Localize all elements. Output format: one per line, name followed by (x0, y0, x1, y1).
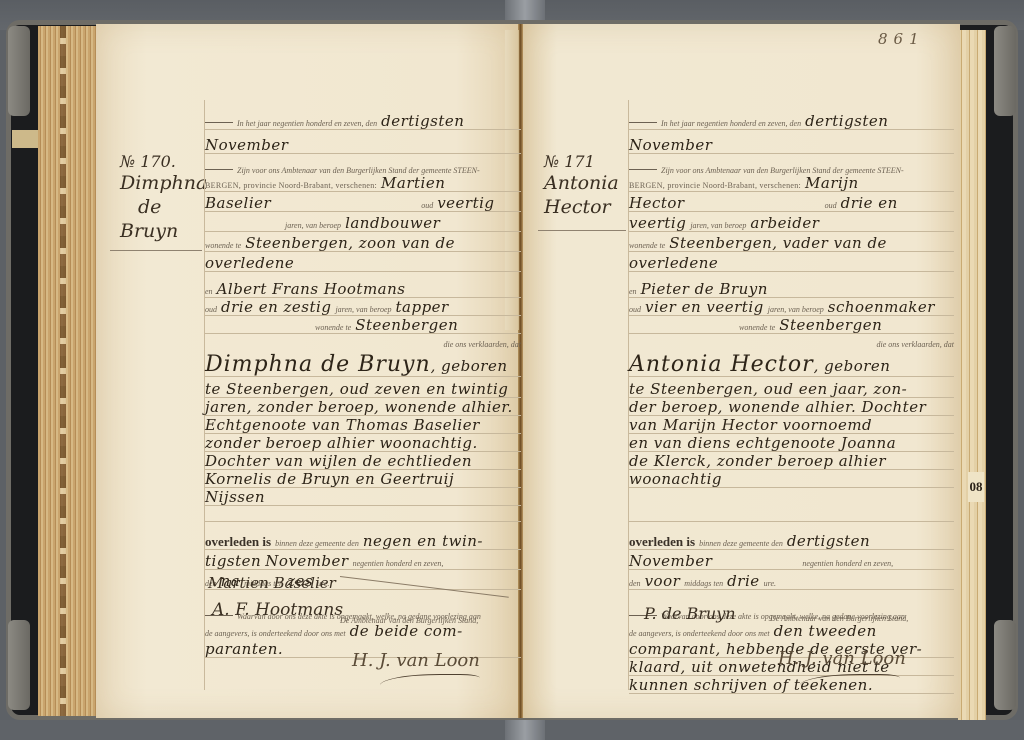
form-line: kunnen schrijven of teekenen. (629, 676, 954, 694)
handwritten-entry: den tweeden (774, 622, 877, 640)
handwritten-entry: paranten. (205, 640, 283, 658)
handwritten-entry: , geboren (431, 357, 508, 375)
handwritten-entry: schoenmaker (828, 298, 935, 316)
form-line: te Steenbergen, oud zeven en twintig (205, 380, 521, 398)
form-line: BERGEN, provincie Noord-Brabant, versche… (629, 174, 954, 192)
handwritten-entry: woonachtig (629, 470, 722, 488)
metal-corner-top-left (8, 26, 30, 116)
form-line: te Steenbergen, oud een jaar, zon- (629, 380, 954, 398)
handwritten-entry: , geboren (814, 357, 891, 375)
signature-declarant-2: A. F. Hootmans (212, 600, 343, 620)
handwritten-entry: te Steenbergen, oud een jaar, zon- (629, 380, 907, 398)
handwritten-entry: Steenbergen (779, 316, 882, 334)
handwritten-entry: November (265, 552, 348, 570)
form-line (205, 504, 521, 522)
margin-text: № (120, 152, 135, 171)
printed-label: middags ten (684, 579, 723, 588)
handwritten-entry: landbouwer (345, 214, 440, 232)
printed-label: wonende te (739, 323, 775, 332)
printed-label: BERGEN, provincie Noord-Brabant, versche… (205, 181, 377, 190)
page-number-text: 86 (878, 30, 909, 48)
printed-label: ure. (764, 579, 776, 588)
printed-label: oud (629, 305, 641, 314)
clerk-signature: H. J. van Loon (778, 648, 906, 669)
right-margin-rule (538, 230, 626, 231)
clerk-title: De Ambtenaar van den Burgerlijken Stand, (340, 616, 478, 625)
margin-text: Bruyn (120, 219, 200, 243)
handwritten-entry: Dochter van wijlen de echtlieden (205, 452, 472, 470)
handwritten-entry: tapper (396, 298, 449, 316)
handwritten-entry: veertig (437, 194, 494, 212)
form-line: wonende te Steenbergen (629, 316, 954, 334)
handwritten-entry: negen en twin- (363, 532, 483, 550)
handwritten-entry: November (629, 136, 712, 154)
printed-label: wonende te (315, 323, 351, 332)
form-line: November (629, 136, 954, 154)
clerk-signature: H. J. van Loon (352, 650, 480, 671)
printed-label: wonende te (629, 241, 665, 250)
printed-label: binnen deze gemeente den (275, 539, 359, 548)
form-line: oud vier en veertig jaren, van beroep sc… (629, 298, 954, 316)
handwritten-entry: Antonia Hector (629, 352, 814, 377)
clerk-title: De Ambtenaar van den Burgerlijken Stand, (770, 614, 908, 623)
handwritten-entry: overledene (629, 254, 718, 272)
handwritten-entry: dertigsten (381, 112, 464, 130)
form-line: Antonia Hector, geboren (629, 352, 954, 377)
handwritten-entry: Martien (381, 174, 445, 192)
form-line: overleden is binnen deze gemeente den ne… (205, 532, 521, 550)
form-line: der beroep, wonende alhier. Dochter (629, 398, 954, 416)
printed-label: In het jaar negentien honderd en zeven, … (661, 119, 801, 128)
printed-label: negentien honderd en zeven, (802, 559, 893, 568)
margin-text: 170. (140, 152, 176, 171)
book-stand-clip-bottom (505, 718, 545, 740)
handwritten-entry: der beroep, wonende alhier. Dochter (629, 398, 926, 416)
form-line: tigsten November negentien honderd en ze… (205, 552, 521, 570)
margin-text: № (544, 152, 559, 171)
printed-label: oud (205, 305, 217, 314)
printed-label: jaren, van beroep (285, 221, 341, 230)
leader-dash (205, 122, 233, 123)
handwritten-entry: zonder beroep alhier woonachtig. (205, 434, 478, 452)
printed-label: jaren, van beroep (768, 305, 824, 314)
form-line (629, 504, 954, 522)
form-line: veertig jaren, van beroep arbeider (629, 214, 954, 232)
form-line: den voor middags ten drie ure. (629, 572, 954, 590)
margin-text: Dimphna (120, 171, 200, 195)
left-margin-record-label: № 170. Dimphna de Bruyn (120, 152, 200, 243)
binding-tab-upper (12, 130, 40, 148)
leader-dash (205, 169, 233, 170)
handwritten-entry: Steenbergen, vader van de (669, 234, 887, 252)
form-line: November (205, 136, 521, 154)
handwritten-entry: jaren, zonder beroep, wonende alhier. (205, 398, 513, 416)
handwritten-entry: voor (645, 572, 681, 590)
handwritten-entry: Steenbergen (355, 316, 458, 334)
printed-label: overleden is (205, 534, 271, 549)
form-line: die ons verklaarden, dat (205, 334, 521, 351)
form-line: Hectoroud drie en (629, 194, 954, 212)
metal-corner-bottom-right (994, 620, 1016, 710)
form-line: Baselieroud veertig (205, 194, 521, 212)
handwritten-entry: dertigsten (805, 112, 888, 130)
leader-dash (629, 169, 657, 170)
metal-corner-top-right (994, 26, 1016, 116)
printed-label: die ons verklaarden, dat (444, 340, 521, 349)
form-line: wonende te Steenbergen (205, 316, 521, 334)
handwritten-entry: tigsten (205, 552, 261, 570)
clerk-flourish (380, 674, 480, 693)
form-line: Echtgenoote van Thomas Baselier (205, 416, 521, 434)
handwritten-entry: en van diens echtgenoote Joanna (629, 434, 896, 452)
page-number-text: 1 (909, 30, 925, 48)
form-line: die ons verklaarden, dat (629, 334, 954, 351)
handwritten-entry: Steenbergen, zoon van de (245, 234, 455, 252)
handwritten-entry: drie (727, 572, 759, 590)
handwritten-entry: November (205, 136, 288, 154)
handwritten-entry: drie en zestig (221, 298, 331, 316)
printed-label: de aangevers, is onderteekend door ons m… (629, 629, 770, 638)
printed-label: BERGEN, provincie Noord-Brabant, versche… (629, 181, 801, 190)
printed-label: en (205, 287, 213, 296)
printed-label: de aangevers, is onderteekend door ons m… (205, 629, 346, 638)
signature-declarant-1: Martien Baselier (208, 574, 336, 592)
form-line: de Klerck, zonder beroep alhier (629, 452, 954, 470)
page-number: 861 (878, 30, 925, 48)
printed-label: den (629, 579, 641, 588)
handwritten-entry: veertig (629, 214, 686, 232)
form-line: jaren, van beroep landbouwer (205, 214, 521, 232)
margin-text: de (120, 195, 200, 219)
handwritten-entry: vier en veertig (645, 298, 764, 316)
left-margin-rule (110, 250, 202, 251)
handwritten-entry: Baselier (205, 194, 271, 212)
form-line: oud drie en zestig jaren, van beroep tap… (205, 298, 521, 316)
handwritten-entry: de Klerck, zonder beroep alhier (629, 452, 886, 470)
handwritten-entry: drie en (841, 194, 898, 212)
handwritten-entry: Kornelis de Bruyn en Geertruij (205, 470, 454, 488)
printed-label: die ons verklaarden, dat (877, 340, 954, 349)
handwritten-entry: arbeider (750, 214, 819, 232)
printed-label: binnen deze gemeente den (699, 539, 783, 548)
handwritten-entry: Echtgenoote van Thomas Baselier (205, 416, 480, 434)
form-line: de aangevers, is onderteekend door ons m… (629, 622, 954, 639)
margin-text: 171 (564, 152, 595, 171)
handwritten-entry: te Steenbergen, oud zeven en twintig (205, 380, 508, 398)
leader-dash (629, 122, 657, 123)
form-line: wonende te Steenbergen, zoon van de (205, 234, 521, 252)
right-margin-record-label: № 171 Antonia Hector (544, 152, 628, 219)
intro-line: In het jaar negentien honderd en zeven, … (205, 112, 521, 130)
handwritten-entry: November (629, 552, 712, 570)
form-line: Novembernegentien honderd en zeven, (629, 552, 954, 570)
form-line: en Albert Frans Hootmans (205, 280, 521, 298)
form-line: jaren, zonder beroep, wonende alhier. (205, 398, 521, 416)
printed-label: wonende te (205, 241, 241, 250)
page-edges-left (38, 26, 100, 716)
page-edges-right (958, 30, 986, 720)
form-line: overleden is binnen deze gemeente den de… (629, 532, 954, 550)
handwritten-entry: overledene (205, 254, 294, 272)
handwritten-entry: Pieter de Bruyn (641, 280, 768, 298)
right-death-record: In het jaar negentien honderd en zeven, … (628, 100, 954, 690)
form-line: woonachtig (629, 470, 954, 488)
printed-label: negentien honderd en zeven, (353, 559, 444, 568)
printed-label: oud (825, 201, 837, 210)
form-line: BERGEN, provincie Noord-Brabant, versche… (205, 174, 521, 192)
form-line: wonende te Steenbergen, vader van de (629, 234, 954, 252)
margin-text: Antonia (544, 171, 628, 195)
form-line: van Marijn Hector voornoemd (629, 416, 954, 434)
handwritten-entry: Dimphna de Bruyn (205, 352, 431, 377)
printed-label: en (629, 287, 637, 296)
clerk-flourish (800, 674, 900, 693)
metal-corner-bottom-left (8, 620, 30, 710)
form-line: overledene (629, 254, 954, 272)
form-line: Kornelis de Bruyn en Geertruij (205, 470, 521, 488)
printed-label: jaren, van beroep (690, 221, 746, 230)
form-line: Dimphna de Bruyn, geboren (205, 352, 521, 377)
form-line: Dochter van wijlen de echtlieden (205, 452, 521, 470)
form-line: en Pieter de Bruyn (629, 280, 954, 298)
printed-label: In het jaar negentien honderd en zeven, … (237, 119, 377, 128)
handwritten-entry: van Marijn Hector voornoemd (629, 416, 872, 434)
handwritten-entry: Marijn (805, 174, 859, 192)
printed-label: jaren, van beroep (335, 305, 391, 314)
signature-declarant-2: P. de Bruyn (644, 604, 736, 623)
handwritten-entry: dertigsten (787, 532, 870, 550)
edge-index-tab: 08 (968, 472, 984, 502)
handwritten-entry: Hector (629, 194, 685, 212)
form-line: overledene (205, 254, 521, 272)
form-line: In het jaar negentien honderd en zeven, … (629, 112, 954, 130)
handwritten-entry: Albert Frans Hootmans (217, 280, 406, 298)
printed-label: overleden is (629, 534, 695, 549)
printed-label: oud (421, 201, 433, 210)
form-line: en van diens echtgenoote Joanna (629, 434, 954, 452)
margin-text: Hector (544, 195, 628, 219)
form-line: zonder beroep alhier woonachtig. (205, 434, 521, 452)
